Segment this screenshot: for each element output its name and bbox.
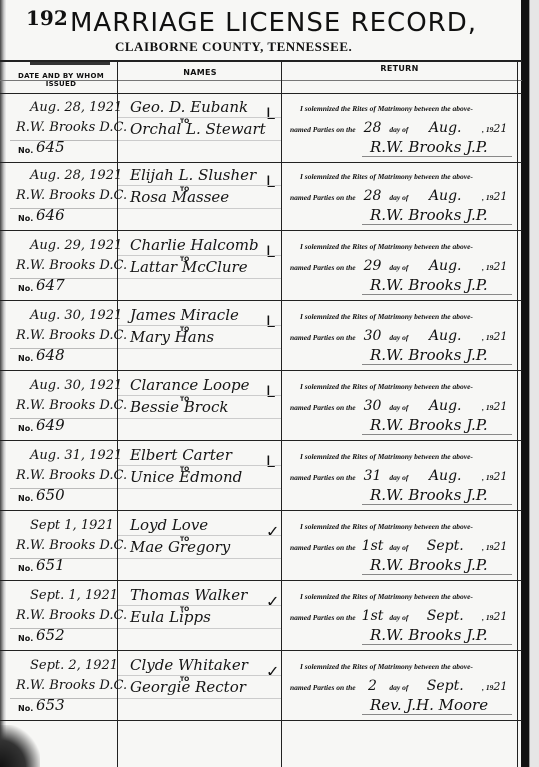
record-issuer: R.W. Brooks D.C. (16, 538, 127, 553)
groom-name: Elijah L. Slusher (130, 166, 256, 184)
row-guide (10, 140, 117, 141)
row-divider (0, 720, 522, 721)
return-day-label: day of (389, 473, 408, 482)
return-prefix: named Parties on the (290, 403, 356, 412)
groom-name: Clarance Loope (130, 376, 250, 394)
row-guide (10, 278, 117, 279)
return-year-prefix: , 19 (482, 193, 493, 202)
record-number-label: No. (18, 146, 33, 155)
officiant-signature: R.W. Brooks J.P. (370, 276, 488, 294)
row-guide (10, 348, 117, 349)
row-guide (118, 395, 281, 396)
bride-name: Rosa Massee (130, 188, 229, 206)
return-month: Aug. (410, 258, 480, 274)
row-guide (118, 185, 281, 186)
bride-name: Lattar McClure (130, 258, 248, 276)
row-guide (118, 255, 281, 256)
bride-name: Bessie Brock (130, 398, 228, 416)
signature-line (362, 156, 512, 157)
row-divider (0, 162, 522, 163)
row-guide (118, 140, 281, 141)
record-date: Sept. 2, 1921 (30, 658, 118, 673)
return-statement: I solemnized the Rites of Matrimony betw… (300, 104, 473, 113)
checkmark-icon: L (266, 452, 275, 471)
return-date-line: named Parties on the 31 day of Aug. , 19… (290, 468, 507, 484)
column-header-date: DATE AND BY WHOM ISSUED (6, 72, 116, 88)
return-year-prefix: , 19 (482, 543, 493, 552)
record-issuer: R.W. Brooks D.C. (16, 328, 127, 343)
officiant-signature: R.W. Brooks J.P. (370, 486, 488, 504)
groom-name: Charlie Halcomb (130, 236, 259, 254)
return-prefix: named Parties on the (290, 473, 356, 482)
return-day: 2 (358, 678, 388, 694)
return-month: Aug. (410, 398, 480, 414)
signature-line (362, 224, 512, 225)
return-date-line: named Parties on the 28 day of Aug. , 19… (290, 120, 507, 136)
return-prefix: named Parties on the (290, 263, 356, 272)
row-guide (118, 208, 281, 209)
return-year: 21 (493, 470, 507, 483)
return-month: Aug. (410, 120, 480, 136)
checkmark-icon: L (266, 104, 275, 123)
row-divider (0, 510, 522, 511)
checkmark-icon: L (266, 242, 275, 261)
adjacent-page-edge (529, 0, 539, 767)
row-guide (10, 208, 117, 209)
record-date: Sept. 1, 1921 (30, 588, 118, 603)
signature-line (362, 714, 512, 715)
bride-name: Orchal L. Stewart (130, 120, 266, 138)
bride-name: Mary Hans (130, 328, 214, 346)
header-bottom-rule (0, 93, 522, 94)
record-date: Aug. 28, 1921 (30, 168, 122, 183)
officiant-signature: R.W. Brooks J.P. (370, 416, 488, 434)
page-title: MARRIAGE LICENSE RECORD, (70, 8, 477, 38)
return-year-prefix: , 19 (482, 333, 493, 342)
record-number-label: No. (18, 214, 33, 223)
return-year: 21 (493, 400, 507, 413)
return-date-line: named Parties on the 30 day of Aug. , 19… (290, 398, 507, 414)
return-day-label: day of (389, 263, 408, 272)
record-date: Aug. 30, 1921 (30, 378, 122, 393)
row-guide (10, 628, 117, 629)
return-day: 30 (358, 328, 388, 344)
row-guide (118, 465, 281, 466)
checkmark-icon: ✓ (266, 522, 279, 541)
column-header-return: RETURN (282, 64, 517, 73)
record-number-label: No. (18, 634, 33, 643)
record-date: Aug. 29, 1921 (30, 238, 122, 253)
return-month: Sept. (410, 608, 480, 624)
row-guide (118, 558, 281, 559)
column-header-names: NAMES (120, 68, 280, 77)
return-day-label: day of (389, 683, 408, 692)
row-guide (118, 348, 281, 349)
record-issuer: R.W. Brooks D.C. (16, 468, 127, 483)
row-divider (0, 440, 522, 441)
return-statement: I solemnized the Rites of Matrimony betw… (300, 172, 473, 181)
row-guide (10, 558, 117, 559)
groom-name: Clyde Whitaker (130, 656, 248, 674)
book-binding (0, 0, 6, 767)
row-divider (0, 230, 522, 231)
return-day: 31 (358, 468, 388, 484)
return-date-line: named Parties on the 30 day of Aug. , 19… (290, 328, 507, 344)
return-day-label: day of (389, 613, 408, 622)
page-corner-shadow (0, 725, 40, 767)
record-number-label: No. (18, 354, 33, 363)
return-day-label: day of (389, 333, 408, 342)
row-guide (118, 605, 281, 606)
officiant-signature: Rev. J.H. Moore (370, 696, 488, 714)
return-date-line: named Parties on the 29 day of Aug. , 19… (290, 258, 507, 274)
record-issuer: R.W. Brooks D.C. (16, 678, 127, 693)
return-statement: I solemnized the Rites of Matrimony betw… (300, 312, 473, 321)
return-year-prefix: , 19 (482, 473, 493, 482)
return-prefix: named Parties on the (290, 125, 356, 134)
row-guide (118, 418, 281, 419)
row-divider (0, 370, 522, 371)
page-number: 192 (26, 6, 68, 30)
record-date: Aug. 28, 1921 (30, 100, 122, 115)
return-date-line: named Parties on the 1st day of Sept. , … (290, 538, 507, 554)
checkmark-icon: ✓ (266, 662, 279, 681)
record-date: Aug. 30, 1921 (30, 308, 122, 323)
return-statement: I solemnized the Rites of Matrimony betw… (300, 522, 473, 531)
row-guide (118, 675, 281, 676)
return-prefix: named Parties on the (290, 613, 356, 622)
row-divider (0, 580, 522, 581)
page-subtitle: CLAIBORNE COUNTY, TENNESSEE. (115, 39, 352, 55)
return-day: 28 (358, 188, 388, 204)
return-statement: I solemnized the Rites of Matrimony betw… (300, 592, 473, 601)
header-decoration (30, 62, 110, 65)
column-divider-right (517, 62, 518, 767)
row-divider (0, 650, 522, 651)
bride-name: Eula Lipps (130, 608, 211, 626)
record-issuer: R.W. Brooks D.C. (16, 120, 127, 135)
return-date-line: named Parties on the 2 day of Sept. , 19… (290, 678, 507, 694)
return-year: 21 (493, 190, 507, 203)
checkmark-icon: L (266, 172, 275, 191)
record-number-label: No. (18, 284, 33, 293)
page-edge-shadow (521, 0, 529, 767)
return-prefix: named Parties on the (290, 543, 356, 552)
groom-name: Elbert Carter (130, 446, 232, 464)
return-statement: I solemnized the Rites of Matrimony betw… (300, 242, 473, 251)
return-day-label: day of (389, 193, 408, 202)
signature-line (362, 574, 512, 575)
row-guide (118, 278, 281, 279)
row-guide (118, 628, 281, 629)
return-year-prefix: , 19 (482, 683, 493, 692)
bride-name: Georgie Rector (130, 678, 246, 696)
groom-name: Loyd Love (130, 516, 208, 534)
officiant-signature: R.W. Brooks J.P. (370, 206, 488, 224)
signature-line (362, 364, 512, 365)
row-guide (118, 535, 281, 536)
return-statement: I solemnized the Rites of Matrimony betw… (300, 662, 473, 671)
officiant-signature: R.W. Brooks J.P. (370, 556, 488, 574)
return-month: Aug. (410, 188, 480, 204)
return-year-prefix: , 19 (482, 125, 493, 134)
return-date-line: named Parties on the 1st day of Sept. , … (290, 608, 507, 624)
return-year-prefix: , 19 (482, 263, 493, 272)
officiant-signature: R.W. Brooks J.P. (370, 346, 488, 364)
bride-name: Unice Edmond (130, 468, 242, 486)
return-year: 21 (493, 122, 507, 135)
row-guide (118, 117, 281, 118)
row-divider (0, 300, 522, 301)
column-divider-names (281, 62, 282, 767)
return-prefix: named Parties on the (290, 193, 356, 202)
row-guide (118, 325, 281, 326)
return-day-label: day of (389, 403, 408, 412)
return-year: 21 (493, 540, 507, 553)
return-day-label: day of (389, 125, 408, 134)
return-day: 29 (358, 258, 388, 274)
return-day: 28 (358, 120, 388, 136)
bride-name: Mae Gregory (130, 538, 230, 556)
row-guide (118, 698, 281, 699)
return-year: 21 (493, 330, 507, 343)
signature-line (362, 644, 512, 645)
return-statement: I solemnized the Rites of Matrimony betw… (300, 452, 473, 461)
return-date-line: named Parties on the 28 day of Aug. , 19… (290, 188, 507, 204)
record-number-label: No. (18, 564, 33, 573)
signature-line (362, 294, 512, 295)
return-year-prefix: , 19 (482, 613, 493, 622)
return-month: Aug. (410, 328, 480, 344)
record-issuer: R.W. Brooks D.C. (16, 188, 127, 203)
return-year: 21 (493, 610, 507, 623)
checkmark-icon: L (266, 312, 275, 331)
officiant-signature: R.W. Brooks J.P. (370, 138, 488, 156)
record-number-label: No. (18, 704, 33, 713)
groom-name: James Miracle (130, 306, 239, 324)
record-issuer: R.W. Brooks D.C. (16, 608, 127, 623)
row-guide (10, 488, 117, 489)
return-month: Sept. (410, 678, 480, 694)
return-day: 1st (358, 608, 388, 624)
return-day: 1st (358, 538, 388, 554)
return-year-prefix: , 19 (482, 403, 493, 412)
signature-line (362, 434, 512, 435)
return-day: 30 (358, 398, 388, 414)
return-year: 21 (493, 260, 507, 273)
record-date: Aug. 31, 1921 (30, 448, 122, 463)
return-statement: I solemnized the Rites of Matrimony betw… (300, 382, 473, 391)
officiant-signature: R.W. Brooks J.P. (370, 626, 488, 644)
return-month: Aug. (410, 468, 480, 484)
return-day-label: day of (389, 543, 408, 552)
return-month: Sept. (410, 538, 480, 554)
groom-name: Thomas Walker (130, 586, 247, 604)
row-guide (10, 418, 117, 419)
record-date: Sept 1, 1921 (30, 518, 114, 533)
row-guide (10, 698, 117, 699)
groom-name: Geo. D. Eubank (130, 98, 248, 116)
signature-line (362, 504, 512, 505)
checkmark-icon: ✓ (266, 592, 279, 611)
record-number-label: No. (18, 424, 33, 433)
record-issuer: R.W. Brooks D.C. (16, 258, 127, 273)
record-issuer: R.W. Brooks D.C. (16, 398, 127, 413)
row-guide (118, 488, 281, 489)
record-number-label: No. (18, 494, 33, 503)
return-prefix: named Parties on the (290, 683, 356, 692)
return-prefix: named Parties on the (290, 333, 356, 342)
checkmark-icon: L (266, 382, 275, 401)
return-year: 21 (493, 680, 507, 693)
